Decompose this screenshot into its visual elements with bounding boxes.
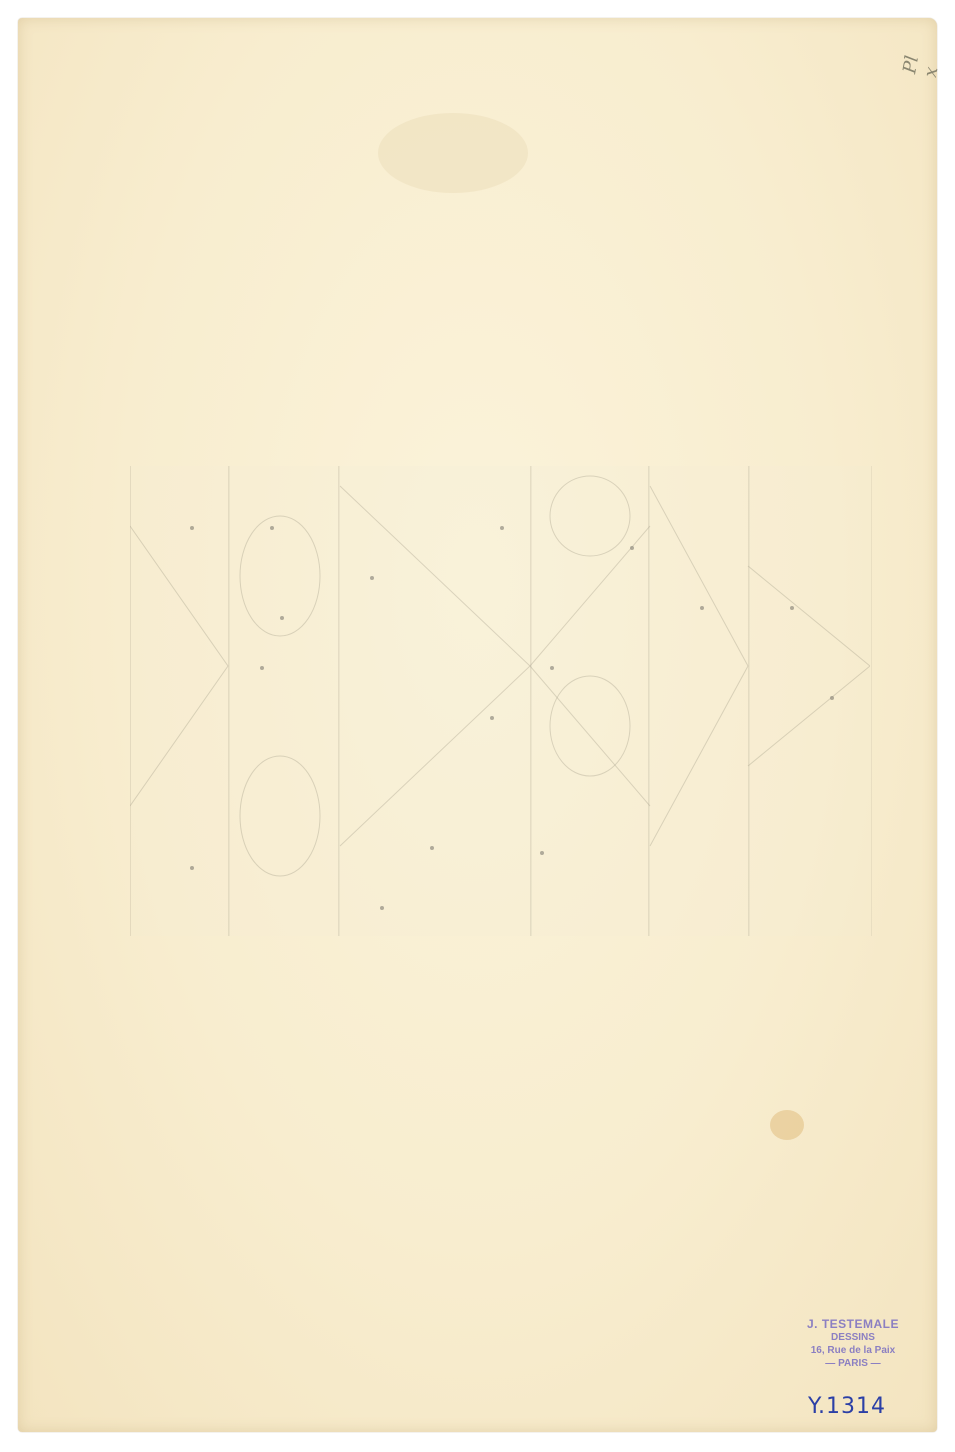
paper-sheet: Pl x: [18, 18, 937, 1432]
pencil-dot: [790, 606, 794, 610]
upper-stain: [378, 113, 528, 193]
stamp-name: J. TESTEMALE: [793, 1318, 913, 1331]
pencil-dot: [700, 606, 704, 610]
leaf-lines: [130, 466, 870, 936]
foxing-stain: [770, 1110, 804, 1140]
pencil-dot: [190, 526, 194, 530]
pencil-dot: [370, 576, 374, 580]
pencil-dot: [630, 546, 634, 550]
pencil-dot: [270, 526, 274, 530]
pencil-dot: [830, 696, 834, 700]
pencil-dot: [550, 666, 554, 670]
pencil-dot: [540, 851, 544, 855]
stamp-subtitle: DESSINS: [793, 1331, 913, 1344]
testemale-stamp: J. TESTEMALE DESSINS 16, Rue de la Paix …: [793, 1318, 913, 1370]
stamp-city: — PARIS —: [793, 1357, 913, 1370]
pencil-dot: [260, 666, 264, 670]
stamp-address: 16, Rue de la Paix: [793, 1344, 913, 1357]
pencil-dot: [500, 526, 504, 530]
reference-number: Y.1314: [808, 1394, 886, 1419]
corner-annotation: Pl x: [899, 43, 945, 79]
pencil-dot: [280, 616, 284, 620]
show-through-pattern: [130, 466, 870, 936]
pencil-dot: [380, 906, 384, 910]
pencil-dot: [430, 846, 434, 850]
pencil-dot: [190, 866, 194, 870]
pencil-dot: [490, 716, 494, 720]
